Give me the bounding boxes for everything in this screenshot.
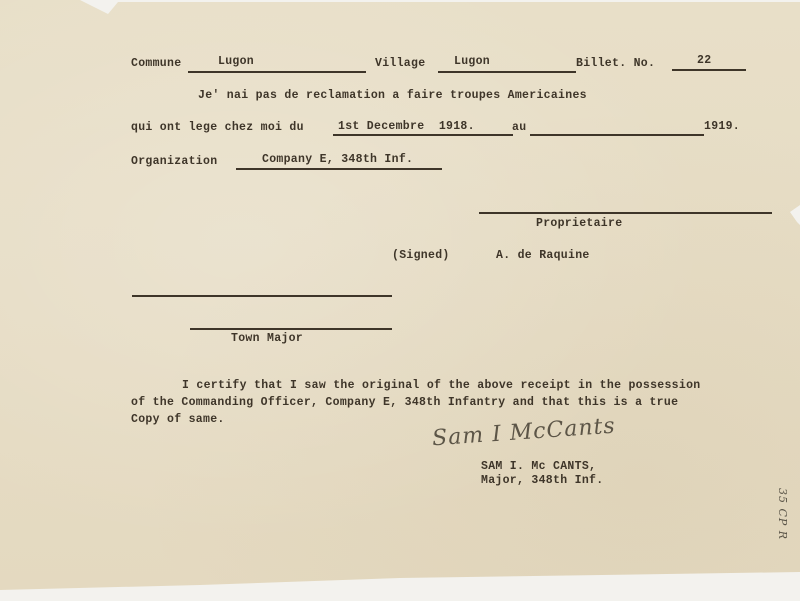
from-date: 1st Decembre 1918.	[338, 120, 475, 133]
stay-line-prefix: qui ont lege chez moi du	[131, 121, 304, 134]
organization-underline	[236, 168, 442, 170]
village-label: Village	[375, 57, 425, 70]
signatory-name: SAM I. Mc CANTS,	[481, 460, 596, 473]
to-year: 1919.	[704, 120, 740, 133]
blank-line	[132, 295, 392, 297]
from-date-underline	[333, 134, 513, 136]
to-date-underline	[530, 134, 704, 136]
proprietor-label: Proprietaire	[536, 217, 622, 230]
signed-name: A. de Raquine	[496, 249, 590, 262]
margin-annotation: 35 CP R	[776, 488, 789, 540]
billet-number: 22	[697, 54, 711, 67]
village-underline	[438, 71, 576, 73]
signed-label: (Signed)	[392, 249, 450, 262]
organization-label: Organization	[131, 155, 217, 168]
town-major-label: Town Major	[231, 332, 303, 345]
billet-underline	[672, 69, 746, 71]
commune-value: Lugon	[218, 55, 254, 68]
certification-line-2: of the Commanding Officer, Company E, 34…	[131, 396, 678, 409]
organization-value: Company E, 348th Inf.	[262, 153, 413, 166]
town-major-signature-line	[190, 328, 392, 330]
proprietor-signature-line	[479, 212, 772, 214]
certification-line-1: I certify that I saw the original of the…	[182, 379, 700, 392]
to-label: au	[512, 121, 526, 134]
commune-underline	[188, 71, 366, 73]
declaration-line: Je' nai pas de reclamation a faire troup…	[198, 89, 587, 102]
certification-line-3: Copy of same.	[131, 413, 225, 426]
village-value: Lugon	[454, 55, 490, 68]
signatory-title: Major, 348th Inf.	[481, 474, 603, 487]
commune-label: Commune	[131, 57, 181, 70]
billet-label: Billet. No.	[576, 57, 655, 70]
